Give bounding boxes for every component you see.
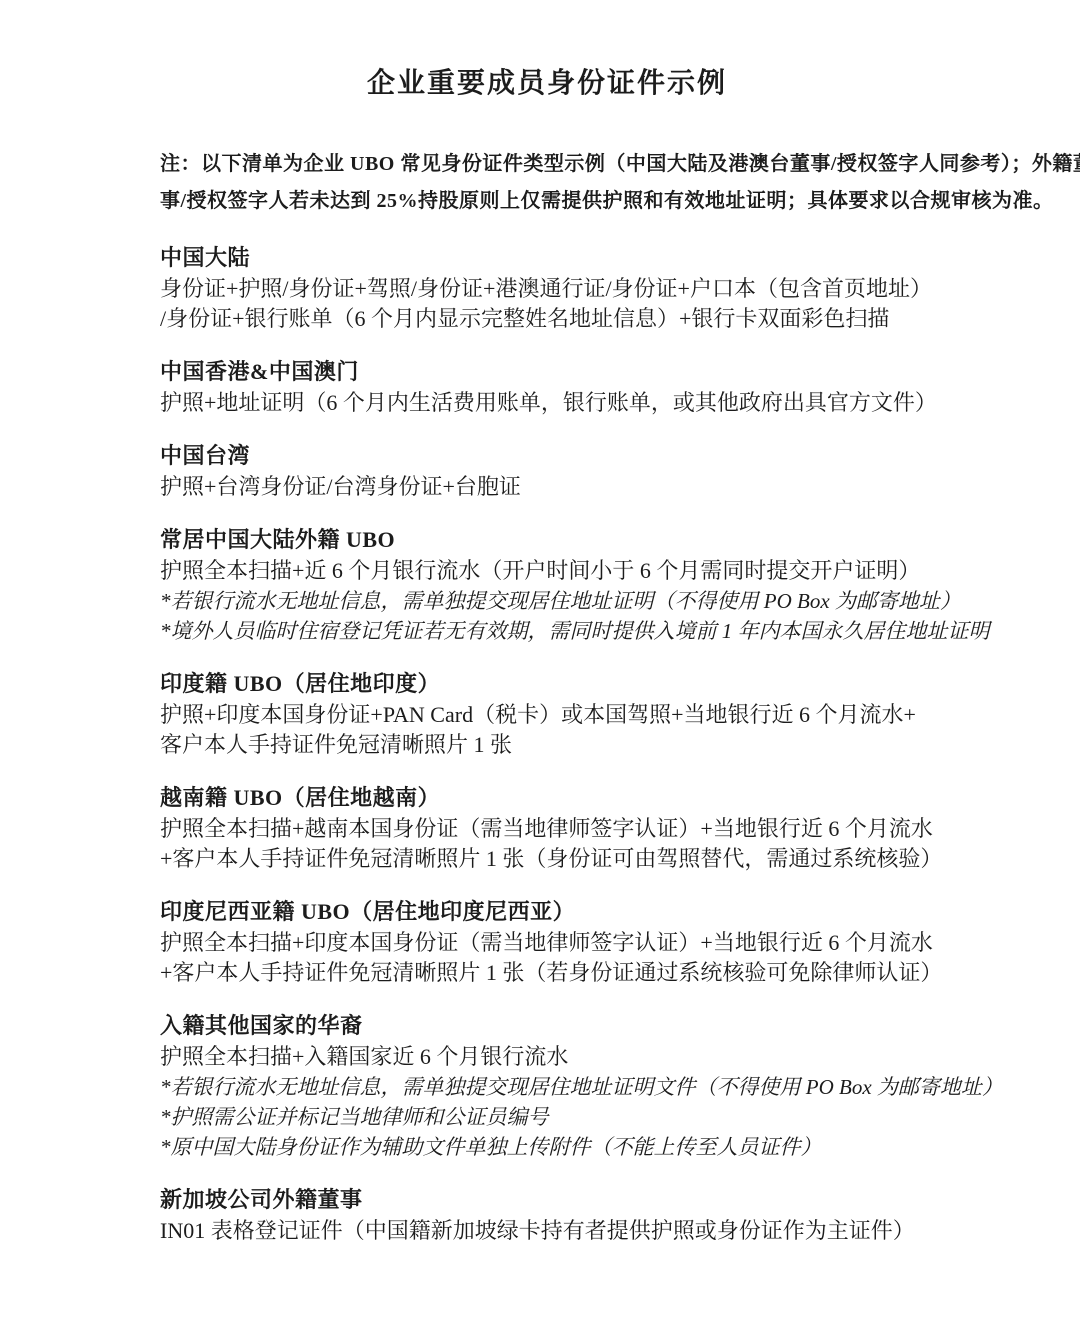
section-body-line: 身份证+护照/身份证+驾照/身份证+港澳通行证/身份证+户口本（包含首页地址） xyxy=(160,274,934,304)
section-heading: 中国香港&中国澳门 xyxy=(160,356,934,388)
section: 中国香港&中国澳门护照+地址证明（6 个月内生活费用账单，银行账单，或其他政府出… xyxy=(160,356,934,418)
section-footnote-line: *若银行流水无地址信息，需单独提交现居住地址证明（不得使用 PO Box 为邮寄… xyxy=(160,586,934,616)
section: 越南籍 UBO（居住地越南）护照全本扫描+越南本国身份证（需当地律师签字认证）+… xyxy=(160,782,934,874)
section-footnote-line: *护照需公证并标记当地律师和公证员编号 xyxy=(160,1102,934,1132)
section-body-line: 护照全本扫描+近 6 个月银行流水（开户时间小于 6 个月需同时提交开户证明） xyxy=(160,556,934,586)
section-heading: 越南籍 UBO（居住地越南） xyxy=(160,782,934,814)
section-body-line: +客户本人手持证件免冠清晰照片 1 张（若身份证通过系统核验可免除律师认证） xyxy=(160,958,934,988)
section: 印度籍 UBO（居住地印度）护照+印度本国身份证+PAN Card（税卡）或本国… xyxy=(160,668,934,760)
section: 中国大陆身份证+护照/身份证+驾照/身份证+港澳通行证/身份证+户口本（包含首页… xyxy=(160,242,934,334)
section-body-line: IN01 表格登记证件（中国籍新加坡绿卡持有者提供护照或身份证作为主证件） xyxy=(160,1216,934,1246)
section-body-line: +客户本人手持证件免冠清晰照片 1 张（身份证可由驾照替代，需通过系统核验） xyxy=(160,844,934,874)
section-heading: 中国台湾 xyxy=(160,440,934,472)
document-page: 企业重要成员身份证件示例 注：以下清单为企业 UBO 常见身份证件类型示例（中国… xyxy=(0,0,1080,1323)
section: 印度尼西亚籍 UBO（居住地印度尼西亚）护照全本扫描+印度本国身份证（需当地律师… xyxy=(160,896,934,988)
section-heading: 中国大陆 xyxy=(160,242,934,274)
section-footnote-line: *若银行流水无地址信息，需单独提交现居住地址证明文件（不得使用 PO Box 为… xyxy=(160,1072,934,1102)
section: 中国台湾护照+台湾身份证/台湾身份证+台胞证 xyxy=(160,440,934,502)
document-sections: 中国大陆身份证+护照/身份证+驾照/身份证+港澳通行证/身份证+户口本（包含首页… xyxy=(160,242,934,1246)
section: 新加坡公司外籍董事IN01 表格登记证件（中国籍新加坡绿卡持有者提供护照或身份证… xyxy=(160,1184,934,1246)
note-line: 事/授权签字人若未达到 25%持股原则上仅需提供护照和有效地址证明；具体要求以合… xyxy=(160,183,934,220)
section-heading: 常居中国大陆外籍 UBO xyxy=(160,524,934,556)
section-body-line: 护照+地址证明（6 个月内生活费用账单，银行账单，或其他政府出具官方文件） xyxy=(160,388,934,418)
section-body-line: 护照+印度本国身份证+PAN Card（税卡）或本国驾照+当地银行近 6 个月流… xyxy=(160,700,934,730)
section-body-line: 护照+台湾身份证/台湾身份证+台胞证 xyxy=(160,472,934,502)
section-footnote-line: *境外人员临时住宿登记凭证若无有效期，需同时提供入境前 1 年内本国永久居住地址… xyxy=(160,616,934,646)
section: 入籍其他国家的华裔护照全本扫描+入籍国家近 6 个月银行流水*若银行流水无地址信… xyxy=(160,1010,934,1162)
section-body-line: 护照全本扫描+入籍国家近 6 个月银行流水 xyxy=(160,1042,934,1072)
section: 常居中国大陆外籍 UBO护照全本扫描+近 6 个月银行流水（开户时间小于 6 个… xyxy=(160,524,934,646)
section-heading: 印度籍 UBO（居住地印度） xyxy=(160,668,934,700)
section-footnote-line: *原中国大陆身份证作为辅助文件单独上传附件（不能上传至人员证件） xyxy=(160,1132,934,1162)
section-heading: 入籍其他国家的华裔 xyxy=(160,1010,934,1042)
section-heading: 新加坡公司外籍董事 xyxy=(160,1184,934,1216)
section-body-line: 护照全本扫描+印度本国身份证（需当地律师签字认证）+当地银行近 6 个月流水 xyxy=(160,928,934,958)
section-body-line: /身份证+银行账单（6 个月内显示完整姓名地址信息）+银行卡双面彩色扫描 xyxy=(160,304,934,334)
section-body-line: 护照全本扫描+越南本国身份证（需当地律师签字认证）+当地银行近 6 个月流水 xyxy=(160,814,934,844)
section-body-line: 客户本人手持证件免冠清晰照片 1 张 xyxy=(160,730,934,760)
section-heading: 印度尼西亚籍 UBO（居住地印度尼西亚） xyxy=(160,896,934,928)
note-paragraph: 注：以下清单为企业 UBO 常见身份证件类型示例（中国大陆及港澳台董事/授权签字… xyxy=(160,146,934,220)
note-line: 注：以下清单为企业 UBO 常见身份证件类型示例（中国大陆及港澳台董事/授权签字… xyxy=(160,146,934,183)
document-title: 企业重要成员身份证件示例 xyxy=(160,64,934,104)
